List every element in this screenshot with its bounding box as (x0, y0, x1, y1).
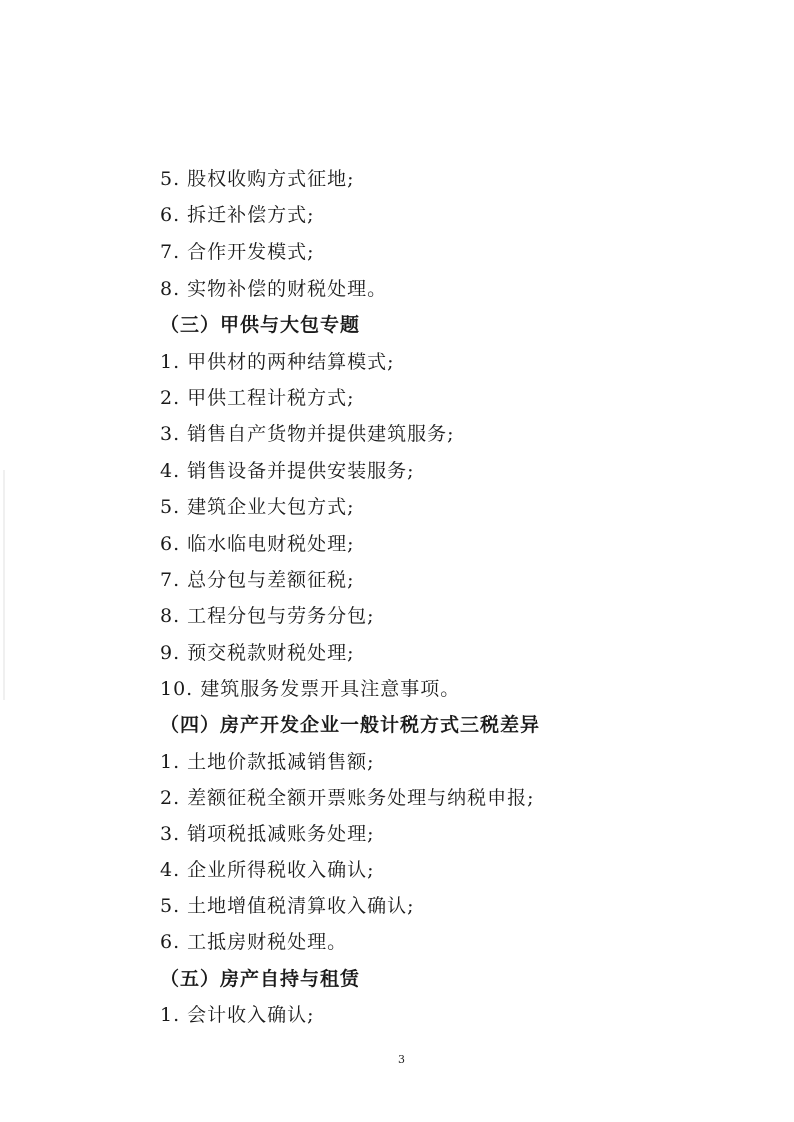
section-heading: （四）房产开发企业一般计税方式三税差异 (160, 713, 540, 737)
list-item: 9. 预交税款财税处理; (160, 641, 355, 665)
list-item: 3. 销项税抵减账务处理; (160, 822, 375, 846)
section-heading: （三）甲供与大包专题 (160, 313, 360, 337)
list-item: 1. 甲供材的两种结算模式; (160, 350, 395, 374)
page-number: 3 (398, 1053, 405, 1066)
list-item: 1. 土地价款抵减销售额; (160, 750, 375, 774)
list-item: 3. 销售自产货物并提供建筑服务; (160, 422, 455, 446)
list-item: 7. 总分包与差额征税; (160, 568, 355, 592)
list-item: 5. 股权收购方式征地; (160, 167, 355, 191)
list-item: 4. 销售设备并提供安装服务; (160, 459, 415, 483)
list-item: 8. 实物补偿的财税处理。 (160, 277, 387, 301)
list-item: 4. 企业所得税收入确认; (160, 858, 375, 882)
list-item: 6. 工抵房财税处理。 (160, 930, 347, 954)
list-item: 6. 临水临电财税处理; (160, 532, 355, 556)
list-item: 8. 工程分包与劳务分包; (160, 604, 375, 628)
list-item: 10. 建筑服务发票开具注意事项。 (160, 677, 460, 701)
list-item: 1. 会计收入确认; (160, 1003, 315, 1027)
scan-edge-mark (3, 470, 5, 700)
list-item: 6. 拆迁补偿方式; (160, 203, 315, 227)
list-item: 5. 建筑企业大包方式; (160, 495, 355, 519)
list-item: 5. 土地增值税清算收入确认; (160, 894, 415, 918)
list-item: 2. 甲供工程计税方式; (160, 386, 355, 410)
section-heading: （五）房产自持与租赁 (160, 967, 360, 991)
list-item: 2. 差额征税全额开票账务处理与纳税申报; (160, 786, 535, 810)
list-item: 7. 合作开发模式; (160, 240, 315, 264)
